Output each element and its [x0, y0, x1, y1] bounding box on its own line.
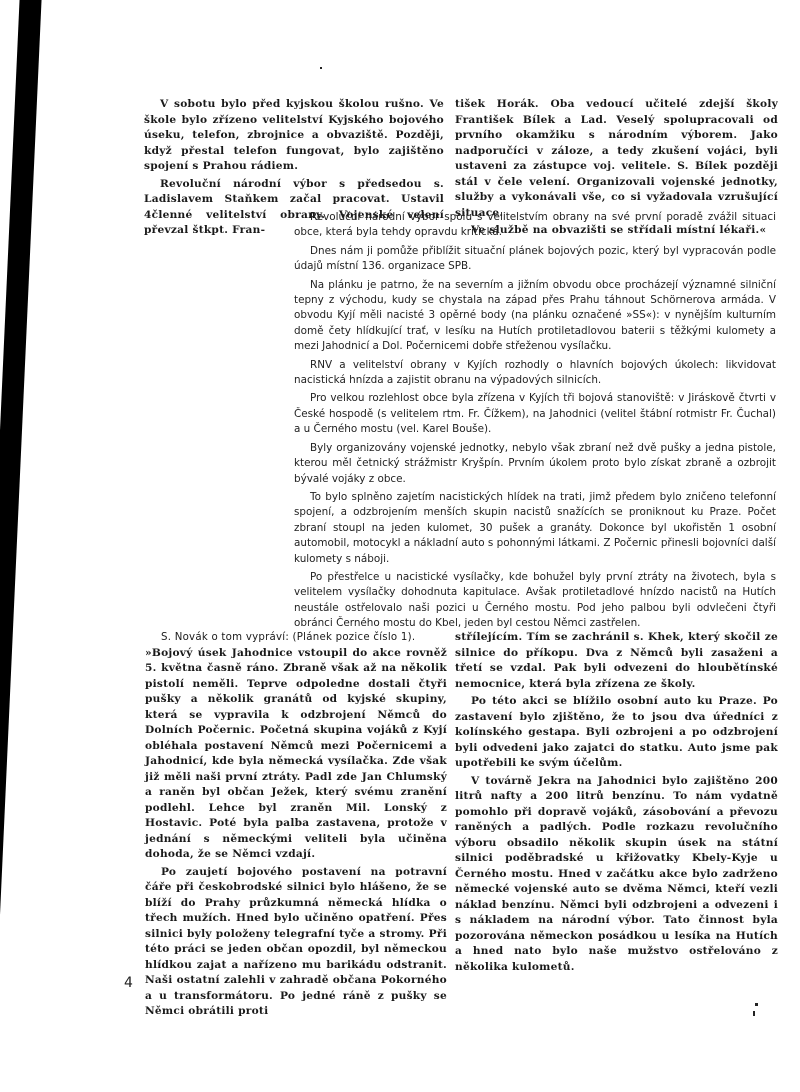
scan-speck: [753, 1011, 755, 1016]
paragraph: Revoluční národní výbor spolu s velitels…: [294, 210, 776, 241]
page-number: 4: [124, 975, 133, 991]
paragraph-intro: S. Novák o tom vypráví: (Plánek pozice č…: [145, 630, 447, 646]
paragraph: V sobotu bylo před kyjskou školou rušno.…: [144, 97, 444, 175]
scan-edge-bar: [0, 0, 42, 1070]
paragraph: To bylo splněno zajetím nacistických hlí…: [294, 490, 776, 567]
paragraph: »Bojový úsek Jahodnice vstoupil do akce …: [145, 646, 447, 863]
paragraph: Dnes nám ji pomůže přiblížit situační pl…: [294, 244, 776, 275]
paragraph: Po zaujetí bojového postavení na potravn…: [145, 865, 447, 1020]
paragraph: Pro velkou rozlehlost obce byla zřízena …: [294, 391, 776, 437]
bottom-right-column: střílejícím. Tím se zachránil s. Khek, k…: [455, 630, 778, 977]
paragraph: Po této akci se blížilo osobní auto ku P…: [455, 694, 778, 772]
scan-speck: [320, 67, 322, 69]
paragraph: tišek Horák. Oba vedoucí učitelé zdejší …: [455, 97, 778, 221]
paragraph: Byly organizovány vojenské jednotky, neb…: [294, 441, 776, 487]
paragraph: Po přestřelce u nacistické vysílačky, kd…: [294, 570, 776, 632]
bottom-left-column: S. Novák o tom vypráví: (Plánek pozice č…: [145, 630, 447, 1022]
paragraph: střílejícím. Tím se zachránil s. Khek, k…: [455, 630, 778, 692]
paragraph: Na plánku je patrno, že na severním a ji…: [294, 278, 776, 355]
middle-column: Revoluční národní výbor spolu s velitels…: [294, 210, 776, 635]
paragraph: RNV a velitelství obrany v Kyjích rozhod…: [294, 358, 776, 389]
scan-speck: [755, 1003, 758, 1006]
paragraph: V továrně Jekra na Jahodnici bylo zajišt…: [455, 774, 778, 976]
